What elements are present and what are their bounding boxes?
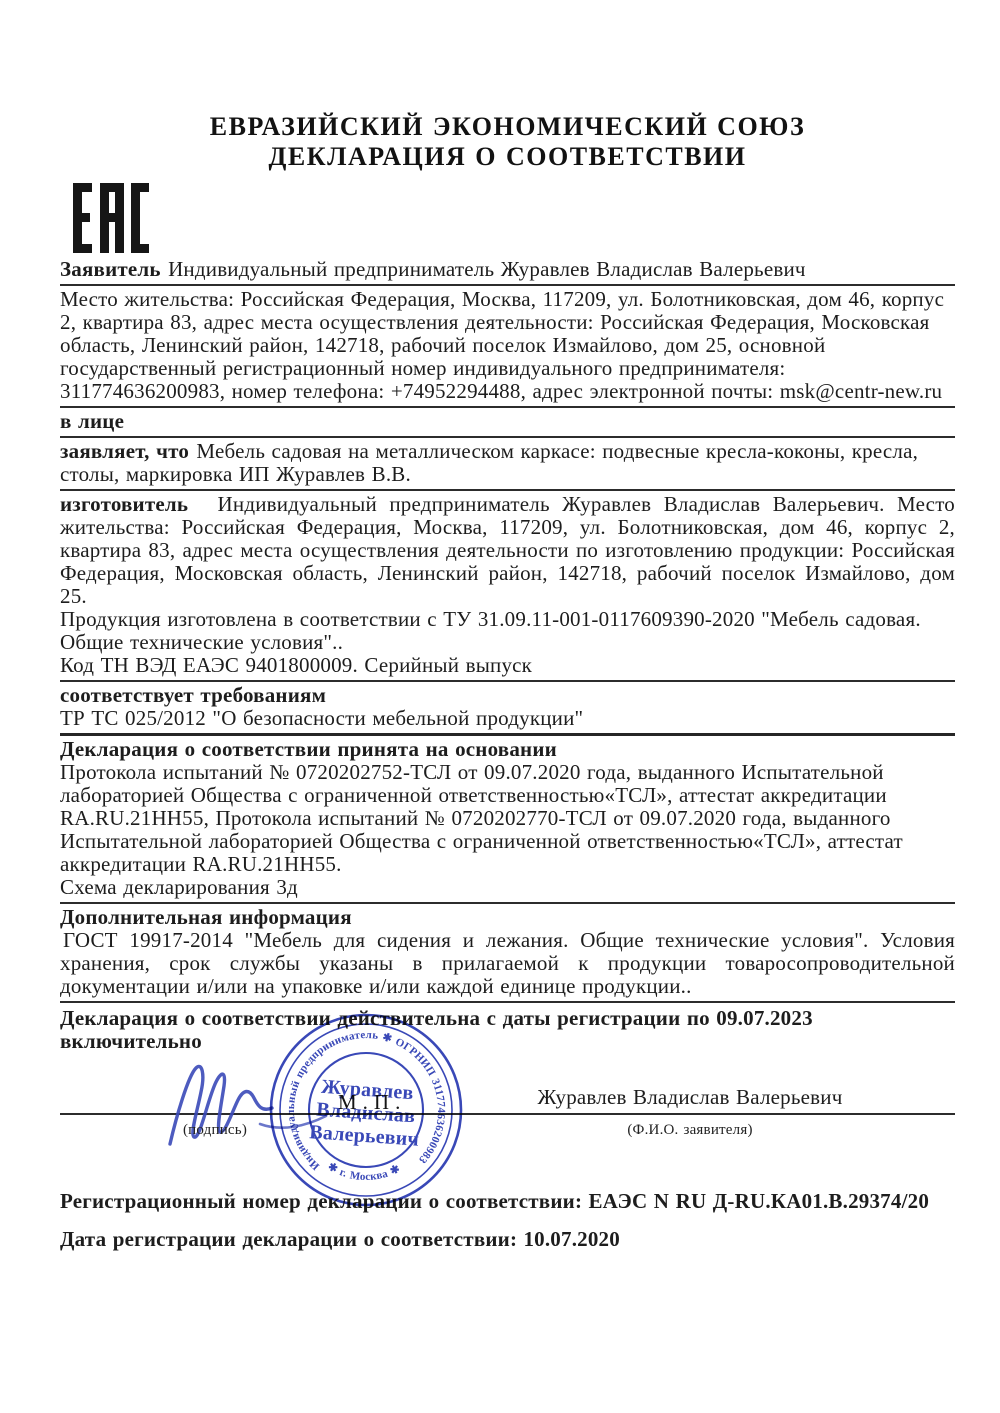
compliance-section: соответствует требованиям ТР ТС 025/2012… <box>60 682 955 736</box>
basis-text: Протокола испытаний № 0720202752-ТСЛ от … <box>60 761 955 876</box>
additional-section: Дополнительная информация ГОСТ 19917-201… <box>60 904 955 1003</box>
applicant-name: Индивидуальный предприниматель Журавлев … <box>168 257 806 281</box>
declarant-name-caption: (Ф.И.О. заявителя) <box>480 1119 900 1142</box>
document-title: ЕВРАЗИЙСКИЙ ЭКОНОМИЧЕСКИЙ СОЮЗ ДЕКЛАРАЦИ… <box>60 112 955 172</box>
stamp-center-name: Журавлев Владислав Валерьевич <box>309 1075 423 1150</box>
round-stamp: Индивидуальный предприниматель ✱ ОГРНИП … <box>266 1010 466 1210</box>
residence-paragraph: Место жительства: Российская Федерация, … <box>60 286 955 408</box>
title-line-1: ЕВРАЗИЙСКИЙ ЭКОНОМИЧЕСКИЙ СОЮЗ <box>60 112 955 142</box>
tnved-line: Код ТН ВЭД ЕАЭС 9401800009. Серийный вып… <box>60 654 955 677</box>
title-line-2: ДЕКЛАРАЦИЯ О СООТВЕТСТВИИ <box>60 142 955 172</box>
manufacturer-section: изготовительИндивидуальный предпринимате… <box>60 491 955 682</box>
registration-number-line: Регистрационный номер декларации о соотв… <box>60 1190 955 1213</box>
declares-label: заявляет, что <box>60 439 189 463</box>
applicant-row: ЗаявительИндивидуальный предприниматель … <box>60 256 955 286</box>
additional-text: ГОСТ 19917-2014 "Мебель для сидения и ле… <box>60 929 955 998</box>
basis-scheme: Схема декларирования 3д <box>60 876 955 899</box>
declares-row: заявляет, чтоМебель садовая на металличе… <box>60 438 955 491</box>
signature-block: М.П. Индивидуальный предприниматель ✱ ОГ… <box>60 1056 955 1178</box>
eac-mark-logo <box>73 183 149 253</box>
compliance-regulation: ТР ТС 025/2012 "О безопасности мебельной… <box>60 707 955 730</box>
declarant-name: Журавлев Владислав Валерьевич <box>480 1086 900 1109</box>
validity-line: Декларация о соответствии действительна … <box>60 1005 955 1056</box>
manufacturer-label: изготовитель <box>60 492 188 516</box>
manufacturer-value: Индивидуальный предприниматель Журавлев … <box>60 492 955 608</box>
signature-caption: (подпись) <box>120 1119 310 1142</box>
registration-date-line: Дата регистрации декларации о соответств… <box>60 1228 955 1251</box>
registration-date-value: 10.07.2020 <box>523 1227 620 1251</box>
in-person-label: в лице <box>60 408 955 438</box>
compliance-heading: соответствует требованиям <box>60 684 955 707</box>
additional-heading: Дополнительная информация <box>60 906 955 929</box>
registration-number-value: ЕАЭС N RU Д-RU.КА01.В.29374/20 <box>588 1189 929 1213</box>
basis-section: Декларация о соответствии принята на осн… <box>60 736 955 904</box>
manufacturer-paragraph: изготовительИндивидуальный предпринимате… <box>60 493 955 608</box>
registration-date-label: Дата регистрации декларации о соответств… <box>60 1227 517 1251</box>
declaration-document: ЕВРАЗИЙСКИЙ ЭКОНОМИЧЕСКИЙ СОЮЗ ДЕКЛАРАЦИ… <box>0 0 1000 1413</box>
production-note: Продукция изготовлена в соответствии с Т… <box>60 608 955 654</box>
applicant-label: Заявитель <box>60 257 161 281</box>
stamp-ring-bottom-text: ✱ г. Москва ✱ <box>326 1161 402 1183</box>
basis-heading: Декларация о соответствии принята на осн… <box>60 738 955 761</box>
